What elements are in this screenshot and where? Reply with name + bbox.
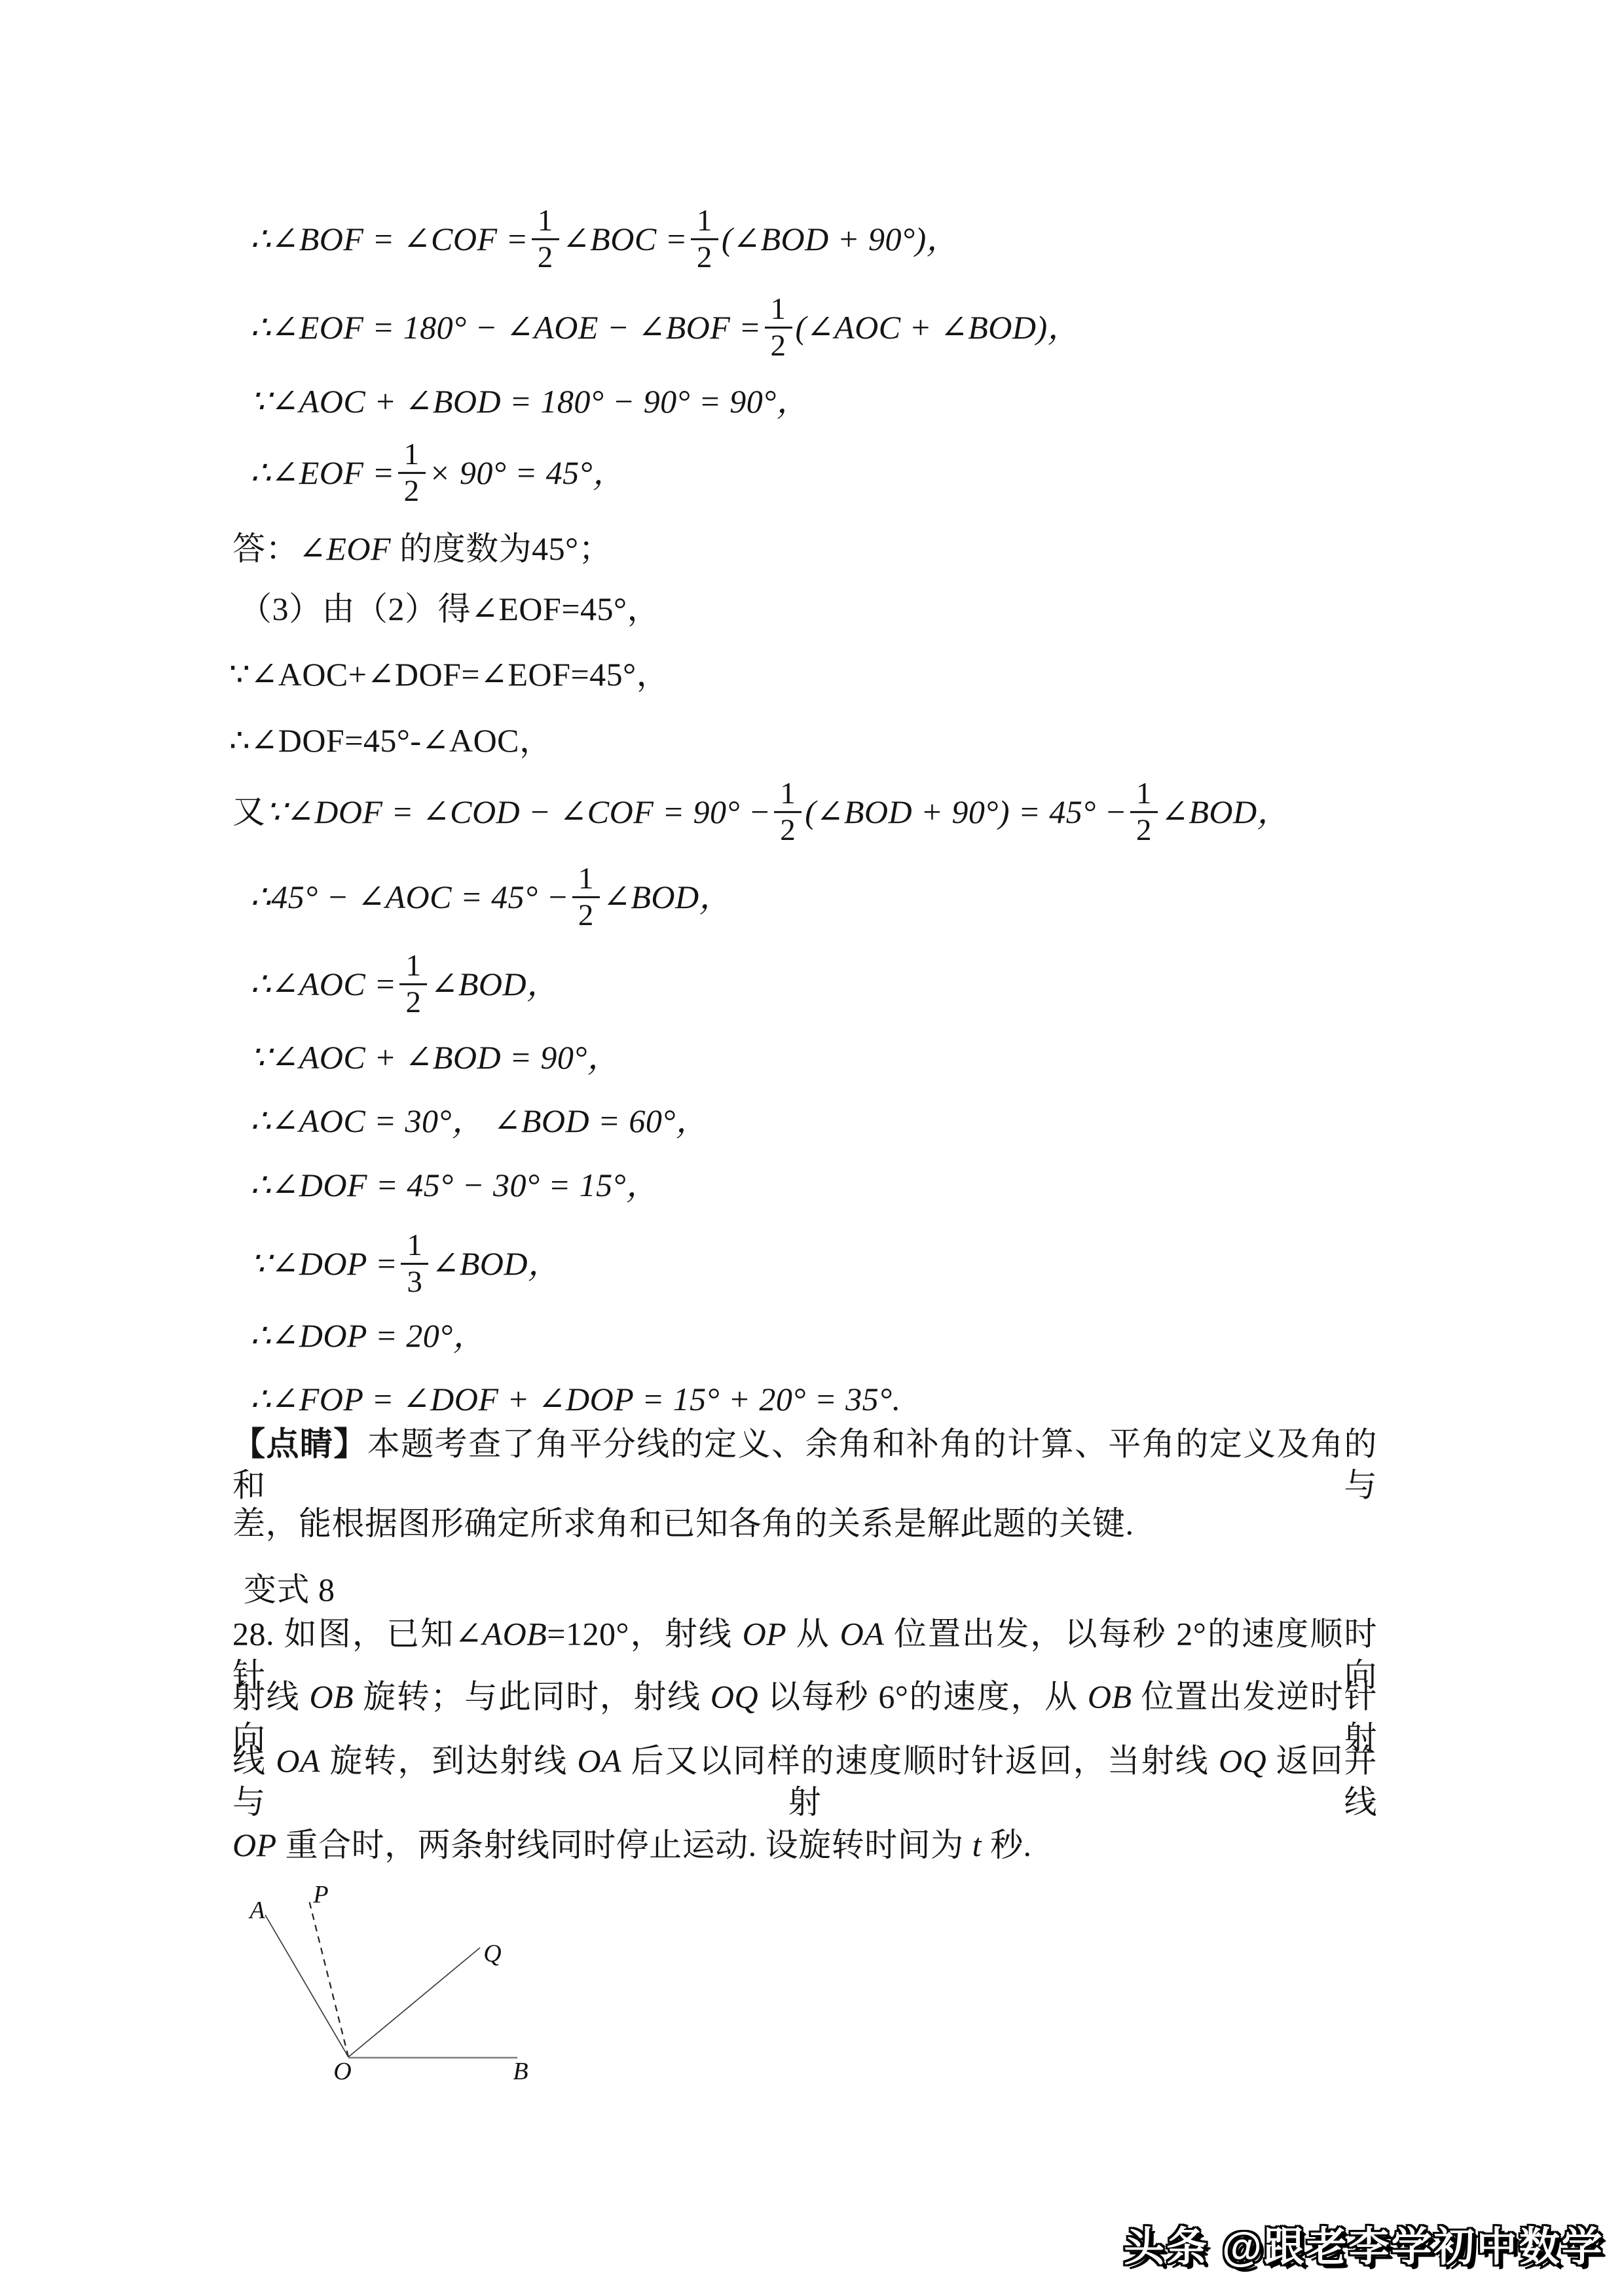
text-run: 秒. xyxy=(982,1827,1032,1863)
text-run: 差，能根据图形确定所求角和已知各角的关系是解此题的关键. xyxy=(232,1505,1134,1542)
eq-45-minus-aoc: ∴45° − ∠AOC = 45° − 12∠BOD， xyxy=(250,862,732,932)
text-run: ∠AOB xyxy=(454,1616,547,1652)
text-run: 后又以同样的速度顺时针返回，当射线 xyxy=(621,1743,1219,1779)
text-run: ∴∠DOF = 45° − 30° = 15°， xyxy=(250,1167,659,1203)
eq-aoc-30-bod-60: ∴∠AOC = 30°， ∠BOD = 60°， xyxy=(250,1101,709,1142)
eq-dop-20: ∴∠DOP = 20°， xyxy=(250,1315,486,1357)
text-run: 的度数为45°； xyxy=(399,530,612,567)
text-run: ∴∠BOF = ∠COF = xyxy=(250,219,528,260)
eq-aoc-plus-bod-90: ∵∠AOC + ∠BOD = 180° − 90° = 90°， xyxy=(250,381,809,422)
geometry-diagram: A P Q O B xyxy=(242,1872,544,2095)
eq-fop-35: ∴∠FOP = ∠DOF + ∠DOP = 15° + 20° = 35°. xyxy=(250,1379,901,1420)
eq-dof-45-minus-aoc: ∴∠DOF=45°-∠AOC， xyxy=(229,720,553,761)
fraction: 12 xyxy=(691,204,718,274)
eq-eof-180-minus: ∴∠EOF = 180° − ∠AOE − ∠BOF = 12(∠AOC + ∠… xyxy=(250,292,1080,363)
fraction: 12 xyxy=(572,862,600,932)
point-label-p: P xyxy=(312,1881,328,1908)
text-run: =120°，射线 xyxy=(547,1616,742,1652)
fraction: 13 xyxy=(401,1228,428,1299)
text-run: 射线 xyxy=(232,1679,309,1715)
text-run: OB xyxy=(309,1679,354,1715)
point-label-o: O xyxy=(333,2058,351,2085)
text-run: 28. 如图，已知 xyxy=(232,1616,454,1652)
text-run: ∠BOC = xyxy=(563,219,688,260)
text-run: 重合时，两条射线同时停止运动. 设旋转时间为 xyxy=(277,1827,972,1863)
fraction: 12 xyxy=(765,292,792,363)
text-run: 又 xyxy=(232,792,266,833)
text-run: ∴∠AOC = 30°， ∠BOD = 60°， xyxy=(250,1102,709,1139)
text-run: ∵∠DOF = ∠COD − ∠COF = 90° − xyxy=(266,792,771,833)
eq-eof-45: ∴∠EOF = 12 × 90° = 45°， xyxy=(250,437,626,508)
text-run: 本题考查了角平分线的定义、余角和补角的计算、平角的定义及角的和与 xyxy=(232,1426,1377,1504)
remark-dianjing: 【点睛】本题考查了角平分线的定义、余角和补角的计算、平角的定义及角的和与 xyxy=(232,1424,1377,1506)
text-run: 变式 8 xyxy=(244,1571,335,1608)
text-run: 从 xyxy=(786,1616,840,1652)
text-run: t xyxy=(972,1827,982,1863)
eq-dop-third-bod: ∵∠DOP = 13∠BOD， xyxy=(250,1228,561,1299)
text-run: (∠BOD + 90°)， xyxy=(722,219,959,260)
text-run: ∴∠FOP = ∠DOF + ∠DOP = 15° + 20° = 35°. xyxy=(250,1381,901,1417)
eq-dof-cod-cof: 又∵∠DOF = ∠COD − ∠COF = 90° − 12(∠BOD + 9… xyxy=(232,776,1290,847)
fraction: 12 xyxy=(774,776,802,847)
text-run: OP xyxy=(743,1616,787,1652)
text-run: ∠EOF xyxy=(299,530,399,567)
part3-from-part2: （3）由（2）得∠EOF=45°， xyxy=(239,589,660,630)
text-run: OP xyxy=(232,1827,277,1863)
text-run: 旋转；与此同时，射线 xyxy=(354,1679,710,1715)
text-run: （3）由（2）得∠EOF=45°， xyxy=(239,591,660,627)
text-run: OQ xyxy=(710,1679,758,1715)
ray-oq xyxy=(348,1948,480,2057)
text-run: OB xyxy=(1088,1679,1132,1715)
text-run: ∠BOD， xyxy=(432,1243,561,1285)
remark-continued: 差，能根据图形确定所求角和已知各角的关系是解此题的关键. xyxy=(232,1503,1134,1544)
text-run: (∠AOC + ∠BOD)， xyxy=(796,307,1081,348)
text-run: OA xyxy=(276,1743,320,1779)
variant-heading: 变式 8 xyxy=(244,1569,335,1611)
ray-oa xyxy=(265,1915,348,2057)
eq-dof-15: ∴∠DOF = 45° − 30° = 15°， xyxy=(250,1165,659,1206)
text-run: (∠BOD + 90°) = 45° − xyxy=(805,792,1127,833)
text-run: ∠BOD， xyxy=(430,964,559,1005)
point-label-b: B xyxy=(513,2058,528,2085)
text-run: 旋转，到达射线 xyxy=(320,1743,577,1779)
eq-aoc-dof-eof: ∵∠AOC+∠DOF=∠EOF=45°， xyxy=(229,654,669,695)
text-run: OA xyxy=(578,1743,622,1779)
fraction: 12 xyxy=(398,437,426,508)
point-label-a: A xyxy=(248,1897,265,1924)
text-run: ∠BOD， xyxy=(603,877,732,918)
problem28-line4: OP 重合时，两条射线同时停止运动. 设旋转时间为 t 秒. xyxy=(232,1825,1032,1866)
fraction: 12 xyxy=(1130,776,1158,847)
eq-bof-cof-half-boc: ∴∠BOF = ∠COF = 12∠BOC = 12(∠BOD + 90°)， xyxy=(250,204,959,274)
document-page: ∴∠BOF = ∠COF = 12∠BOC = 12(∠BOD + 90°)，∴… xyxy=(0,0,1624,2296)
text-run: ∵∠AOC + ∠BOD = 180° − 90° = 90°， xyxy=(250,383,809,420)
problem28-line3: 线 OA 旋转，到达射线 OA 后又以同样的速度顺时针返回，当射线 OQ 返回并… xyxy=(232,1741,1377,1823)
text-run: × 90° = 45°， xyxy=(429,452,626,494)
eq-aoc-bod-90: ∵∠AOC + ∠BOD = 90°， xyxy=(250,1037,620,1078)
ray-op xyxy=(309,1901,348,2057)
text-run: 答： xyxy=(232,530,299,567)
text-run: ∴∠EOF = 180° − ∠AOE − ∠BOF = xyxy=(250,307,762,348)
fraction: 12 xyxy=(532,204,559,274)
text-run: ∵∠AOC+∠DOF=∠EOF=45°， xyxy=(229,656,669,693)
text-run: ∴∠AOC = xyxy=(250,964,396,1005)
text-run: ∵∠AOC + ∠BOD = 90°， xyxy=(250,1039,620,1076)
text-run: 线 xyxy=(232,1743,276,1779)
text-run: ∵∠DOP = xyxy=(250,1243,397,1285)
answer-eof-degree: 答：∠EOF 的度数为45°； xyxy=(232,528,612,570)
diagram-svg: A P Q O B xyxy=(242,1872,544,2095)
point-label-q: Q xyxy=(483,1940,501,1967)
text-run: 【点睛】 xyxy=(232,1426,367,1463)
text-run: ∠BOD， xyxy=(1161,792,1290,833)
text-run: OA xyxy=(840,1616,885,1652)
text-run: ∴45° − ∠AOC = 45° − xyxy=(250,877,569,918)
text-run: ∴∠EOF = xyxy=(250,452,395,494)
eq-aoc-half-bod: ∴∠AOC = 12∠BOD， xyxy=(250,949,560,1019)
text-run: 以每秒 6°的速度，从 xyxy=(758,1679,1088,1715)
text-run: OQ xyxy=(1219,1743,1266,1779)
toutiao-watermark: 头条 @跟老李学初中数学 xyxy=(1124,2214,1604,2272)
text-run: ∴∠DOP = 20°， xyxy=(250,1317,486,1354)
text-run: ∴∠DOF=45°-∠AOC， xyxy=(229,722,553,759)
fraction: 12 xyxy=(399,949,427,1019)
